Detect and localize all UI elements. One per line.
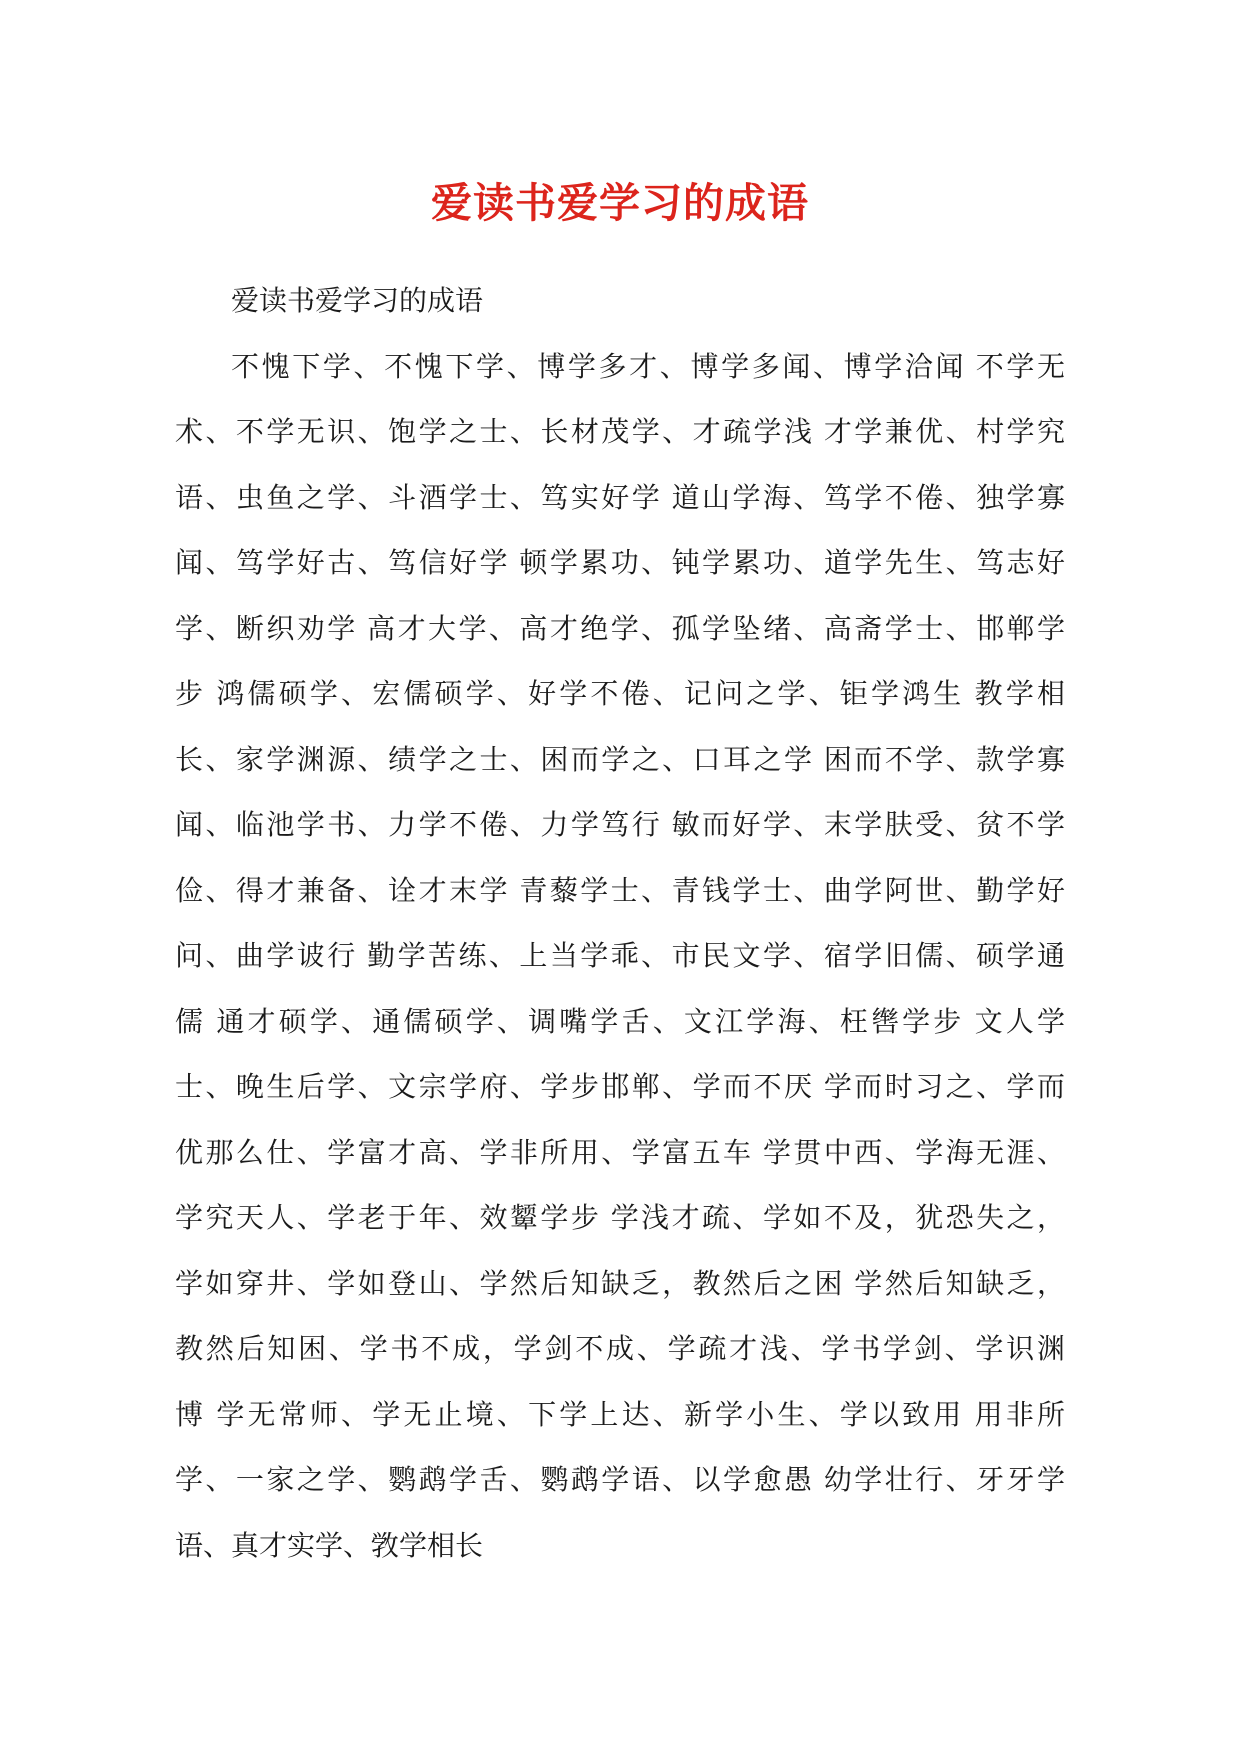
body-line: 学如穿井、学如登山、学然后知缺乏，教然后之困 学然后知缺乏， — [175, 1252, 1065, 1318]
body-line: 不愧下学、不愧下学、博学多才、博学多闻、博学洽闻 不学无 — [175, 335, 1065, 401]
body-line: 问、曲学诐行 勤学苦练、上当学乖、市民文学、宿学旧儒、硕学通 — [175, 924, 1065, 990]
body-line: 教然后知困、学书不成，学剑不成、学疏才浅、学书学剑、学识渊 — [175, 1317, 1065, 1383]
body-line: 儒 通才硕学、通儒硕学、调嘴学舌、文江学海、枉辔学步 文人学 — [175, 990, 1065, 1056]
body-line: 士、晚生后学、文宗学府、学步邯郸、学而不厌 学而时习之、学而 — [175, 1055, 1065, 1121]
document-body: 爱读书爱学习的成语 不愧下学、不愧下学、博学多才、博学多闻、博学洽闻 不学无 术… — [175, 269, 1065, 1579]
document-page: 爱读书爱学习的成语 爱读书爱学习的成语 不愧下学、不愧下学、博学多才、博学多闻、… — [0, 0, 1240, 1753]
body-line-last: 语、真才实学、敩学相长 — [175, 1514, 1065, 1580]
document-title: 爱读书爱学习的成语 — [0, 0, 1240, 229]
body-line: 学、断织劝学 高才大学、高才绝学、孤学坠绪、高斋学士、邯郸学 — [175, 597, 1065, 663]
body-line: 闻、笃学好古、笃信好学 顿学累功、钝学累功、道学先生、笃志好 — [175, 531, 1065, 597]
body-line: 长、家学渊源、绩学之士、困而学之、口耳之学 困而不学、款学寡 — [175, 728, 1065, 794]
body-line: 学究天人、学老于年、效颦学步 学浅才疏、学如不及，犹恐失之， — [175, 1186, 1065, 1252]
body-line: 闻、临池学书、力学不倦、力学笃行 敏而好学、末学肤受、贫不学 — [175, 793, 1065, 859]
intro-paragraph: 爱读书爱学习的成语 — [175, 269, 1065, 335]
body-line: 术、不学无识、饱学之士、长材茂学、才疏学浅 才学兼优、村学究 — [175, 400, 1065, 466]
body-line: 优那么仕、学富才高、学非所用、学富五车 学贯中西、学海无涯、 — [175, 1121, 1065, 1187]
body-line: 学、一家之学、鹦鹉学舌、鹦鹉学语、以学愈愚 幼学壮行、牙牙学 — [175, 1448, 1065, 1514]
body-line: 语、虫鱼之学、斗酒学士、笃实好学 道山学海、笃学不倦、独学寡 — [175, 466, 1065, 532]
body-line: 博 学无常师、学无止境、下学上达、新学小生、学以致用 用非所 — [175, 1383, 1065, 1449]
body-line: 俭、得才兼备、诠才末学 青藜学士、青钱学士、曲学阿世、勤学好 — [175, 859, 1065, 925]
body-line: 步 鸿儒硕学、宏儒硕学、好学不倦、记问之学、钜学鸿生 教学相 — [175, 662, 1065, 728]
